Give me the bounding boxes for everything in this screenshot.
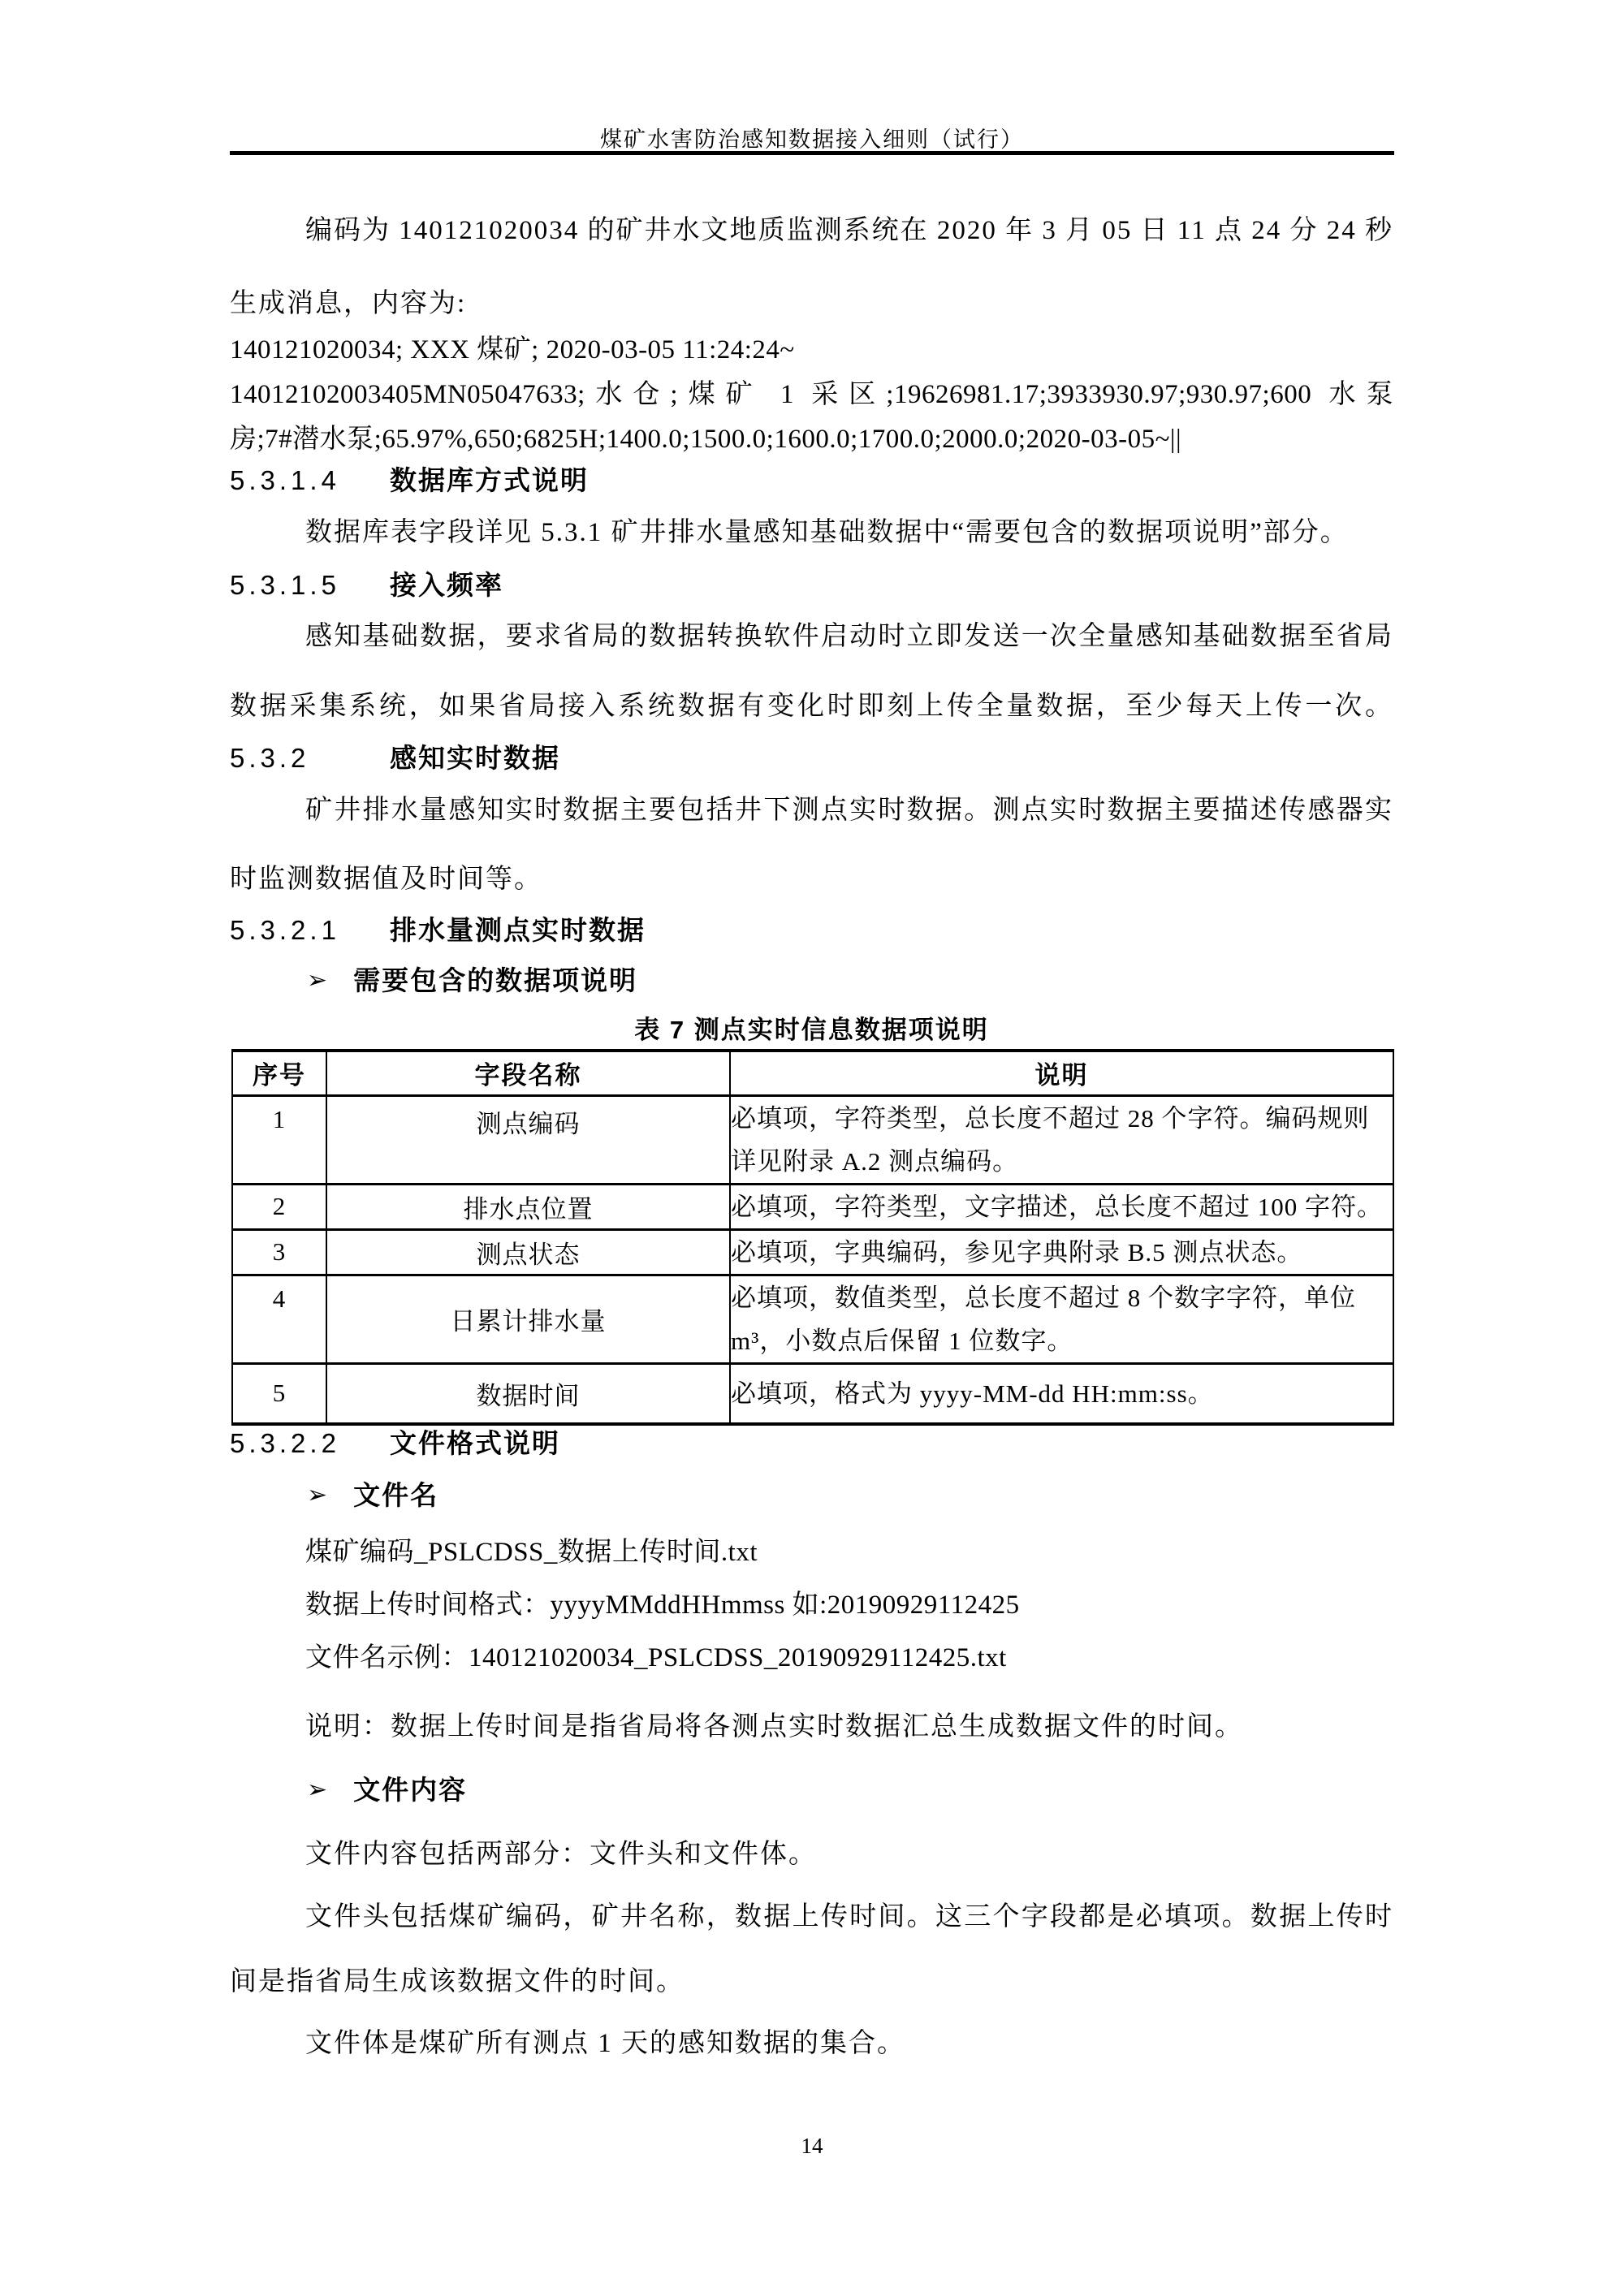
- cell-no: 2: [232, 1184, 326, 1229]
- heading-title: 排水量测点实时数据: [390, 915, 646, 945]
- document-header-title: 煤矿水害防治感知数据接入细则（试行）: [0, 122, 1624, 153]
- table-row: 4 日累计排水量 必填项，数值类型，总长度不超过 8 个数字字符，单位 m³，小…: [232, 1275, 1393, 1363]
- paragraph-intro-line1: 编码为 140121020034 的矿井水文地质监测系统在 2020 年 3 月…: [230, 213, 1393, 248]
- column-header-field: 字段名称: [326, 1051, 730, 1095]
- heading-number: 5.3.2.2: [230, 1426, 390, 1461]
- column-header-no: 序号: [232, 1051, 326, 1095]
- heading-number: 5.3.2: [230, 740, 390, 776]
- heading-5-3-1-5: 5.3.1.5接入频率: [230, 568, 1393, 603]
- cell-desc: 必填项，格式为 yyyy-MM-dd HH:mm:ss。: [730, 1363, 1393, 1424]
- document-page: 煤矿水害防治感知数据接入细则（试行） 编码为 140121020034 的矿井水…: [0, 0, 1624, 2296]
- cell-desc: 必填项，字符类型，文字描述，总长度不超过 100 字符。: [730, 1184, 1393, 1229]
- cell-field: 测点状态: [326, 1229, 730, 1275]
- table-row: 3 测点状态 必填项，字典编码，参见字典附录 B.5 测点状态。: [232, 1229, 1393, 1275]
- cell-no: 3: [232, 1229, 326, 1275]
- paragraph-realtime-line2: 时监测数据值及时间等。: [230, 861, 1393, 897]
- header-rule: [230, 151, 1394, 155]
- table-caption: 表 7 测点实时信息数据项说明: [230, 1009, 1393, 1046]
- table-row: 5 数据时间 必填项，格式为 yyyy-MM-dd HH:mm:ss。: [232, 1363, 1393, 1424]
- heading-5-3-2: 5.3.2感知实时数据: [230, 740, 1393, 776]
- message-sample-line1: 140121020034; XXX 煤矿; 2020-03-05 11:24:2…: [230, 332, 1393, 368]
- cell-field: 测点编码: [326, 1095, 730, 1184]
- cell-no: 4: [232, 1275, 326, 1363]
- page-number: 14: [0, 2134, 1624, 2159]
- paragraph-realtime-line1: 矿井排水量感知实时数据主要包括井下测点实时数据。测点实时数据主要描述传感器实: [230, 792, 1393, 828]
- data-items-table: 序号 字段名称 说明 1 测点编码 必填项，字符类型，总长度不超过 28 个字符…: [231, 1049, 1394, 1426]
- heading-number: 5.3.2.1: [230, 913, 390, 948]
- paragraph-freq-line1: 感知基础数据，要求省局的数据转换软件启动时立即发送一次全量感知基础数据至省局: [230, 619, 1393, 654]
- heading-title: 文件格式说明: [390, 1428, 560, 1458]
- bullet-data-items: ➢需要包含的数据项说明: [307, 963, 1393, 999]
- message-sample-line2: 14012102003405MN05047633;水仓;煤矿 1 采区;1962…: [230, 377, 1393, 412]
- bullet-label: 文件内容: [353, 1775, 467, 1805]
- paragraph-content-head-line2: 间是指省局生成该数据文件的时间。: [230, 1964, 1393, 2000]
- column-header-desc: 说明: [730, 1051, 1393, 1095]
- paragraph-freq-line2: 数据采集系统，如果省局接入系统数据有变化时即刻上传全量数据，至少每天上传一次。: [230, 688, 1393, 724]
- cell-no: 5: [232, 1363, 326, 1424]
- bullet-file-name: ➢文件名: [307, 1478, 1393, 1514]
- paragraph-content-intro: 文件内容包括两部分：文件头和文件体。: [230, 1836, 1393, 1872]
- arrow-bullet-icon: ➢: [307, 1776, 327, 1804]
- table-row: 1 测点编码 必填项，字符类型，总长度不超过 28 个字符。编码规则详见附录 A…: [232, 1095, 1393, 1184]
- arrow-bullet-icon: ➢: [307, 966, 327, 995]
- heading-title: 数据库方式说明: [390, 465, 589, 495]
- arrow-bullet-icon: ➢: [307, 1481, 327, 1509]
- cell-field: 日累计排水量: [326, 1275, 730, 1363]
- cell-desc: 必填项，数值类型，总长度不超过 8 个数字字符，单位 m³，小数点后保留 1 位…: [730, 1275, 1393, 1363]
- cell-field: 排水点位置: [326, 1184, 730, 1229]
- table-header-row: 序号 字段名称 说明: [232, 1051, 1393, 1095]
- paragraph-filename-note: 说明：数据上传时间是指省局将各测点实时数据汇总生成数据文件的时间。: [230, 1709, 1393, 1745]
- cell-desc: 必填项，字典编码，参见字典附录 B.5 测点状态。: [730, 1229, 1393, 1275]
- heading-title: 接入频率: [390, 570, 503, 600]
- message-sample-line3: 房;7#潜水泵;65.97%,650;6825H;1400.0;1500.0;1…: [230, 421, 1393, 457]
- heading-5-3-1-4: 5.3.1.4数据库方式说明: [230, 463, 1393, 498]
- cell-field: 数据时间: [326, 1363, 730, 1424]
- paragraph-content-head-line1: 文件头包括煤矿编码，矿井名称，数据上传时间。这三个字段都是必填项。数据上传时: [230, 1899, 1393, 1935]
- heading-5-3-2-1: 5.3.2.1排水量测点实时数据: [230, 913, 1393, 948]
- table-row: 2 排水点位置 必填项，字符类型，文字描述，总长度不超过 100 字符。: [232, 1184, 1393, 1229]
- paragraph-upload-time-format: 数据上传时间格式：yyyyMMddHHmmss 如:20190929112425: [230, 1587, 1393, 1623]
- paragraph-content-body: 文件体是煤矿所有测点 1 天的感知数据的集合。: [230, 2026, 1393, 2061]
- heading-title: 感知实时数据: [390, 743, 560, 773]
- bullet-label: 需要包含的数据项说明: [353, 965, 637, 995]
- paragraph-filename-format: 煤矿编码_PSLCDSS_数据上传时间.txt: [230, 1534, 1393, 1570]
- heading-number: 5.3.1.4: [230, 463, 390, 498]
- cell-desc: 必填项，字符类型，总长度不超过 28 个字符。编码规则详见附录 A.2 测点编码…: [730, 1095, 1393, 1184]
- heading-number: 5.3.1.5: [230, 568, 390, 603]
- bullet-file-content: ➢文件内容: [307, 1772, 1393, 1809]
- cell-no: 1: [232, 1095, 326, 1184]
- paragraph-filename-example: 文件名示例：140121020034_PSLCDSS_2019092911242…: [230, 1640, 1393, 1676]
- bullet-label: 文件名: [353, 1480, 438, 1510]
- heading-5-3-2-2: 5.3.2.2文件格式说明: [230, 1426, 1393, 1461]
- paragraph-intro-line2: 生成消息，内容为:: [230, 286, 1393, 322]
- paragraph-db-desc: 数据库表字段详见 5.3.1 矿井排水量感知基础数据中“需要包含的数据项说明”部…: [230, 515, 1393, 550]
